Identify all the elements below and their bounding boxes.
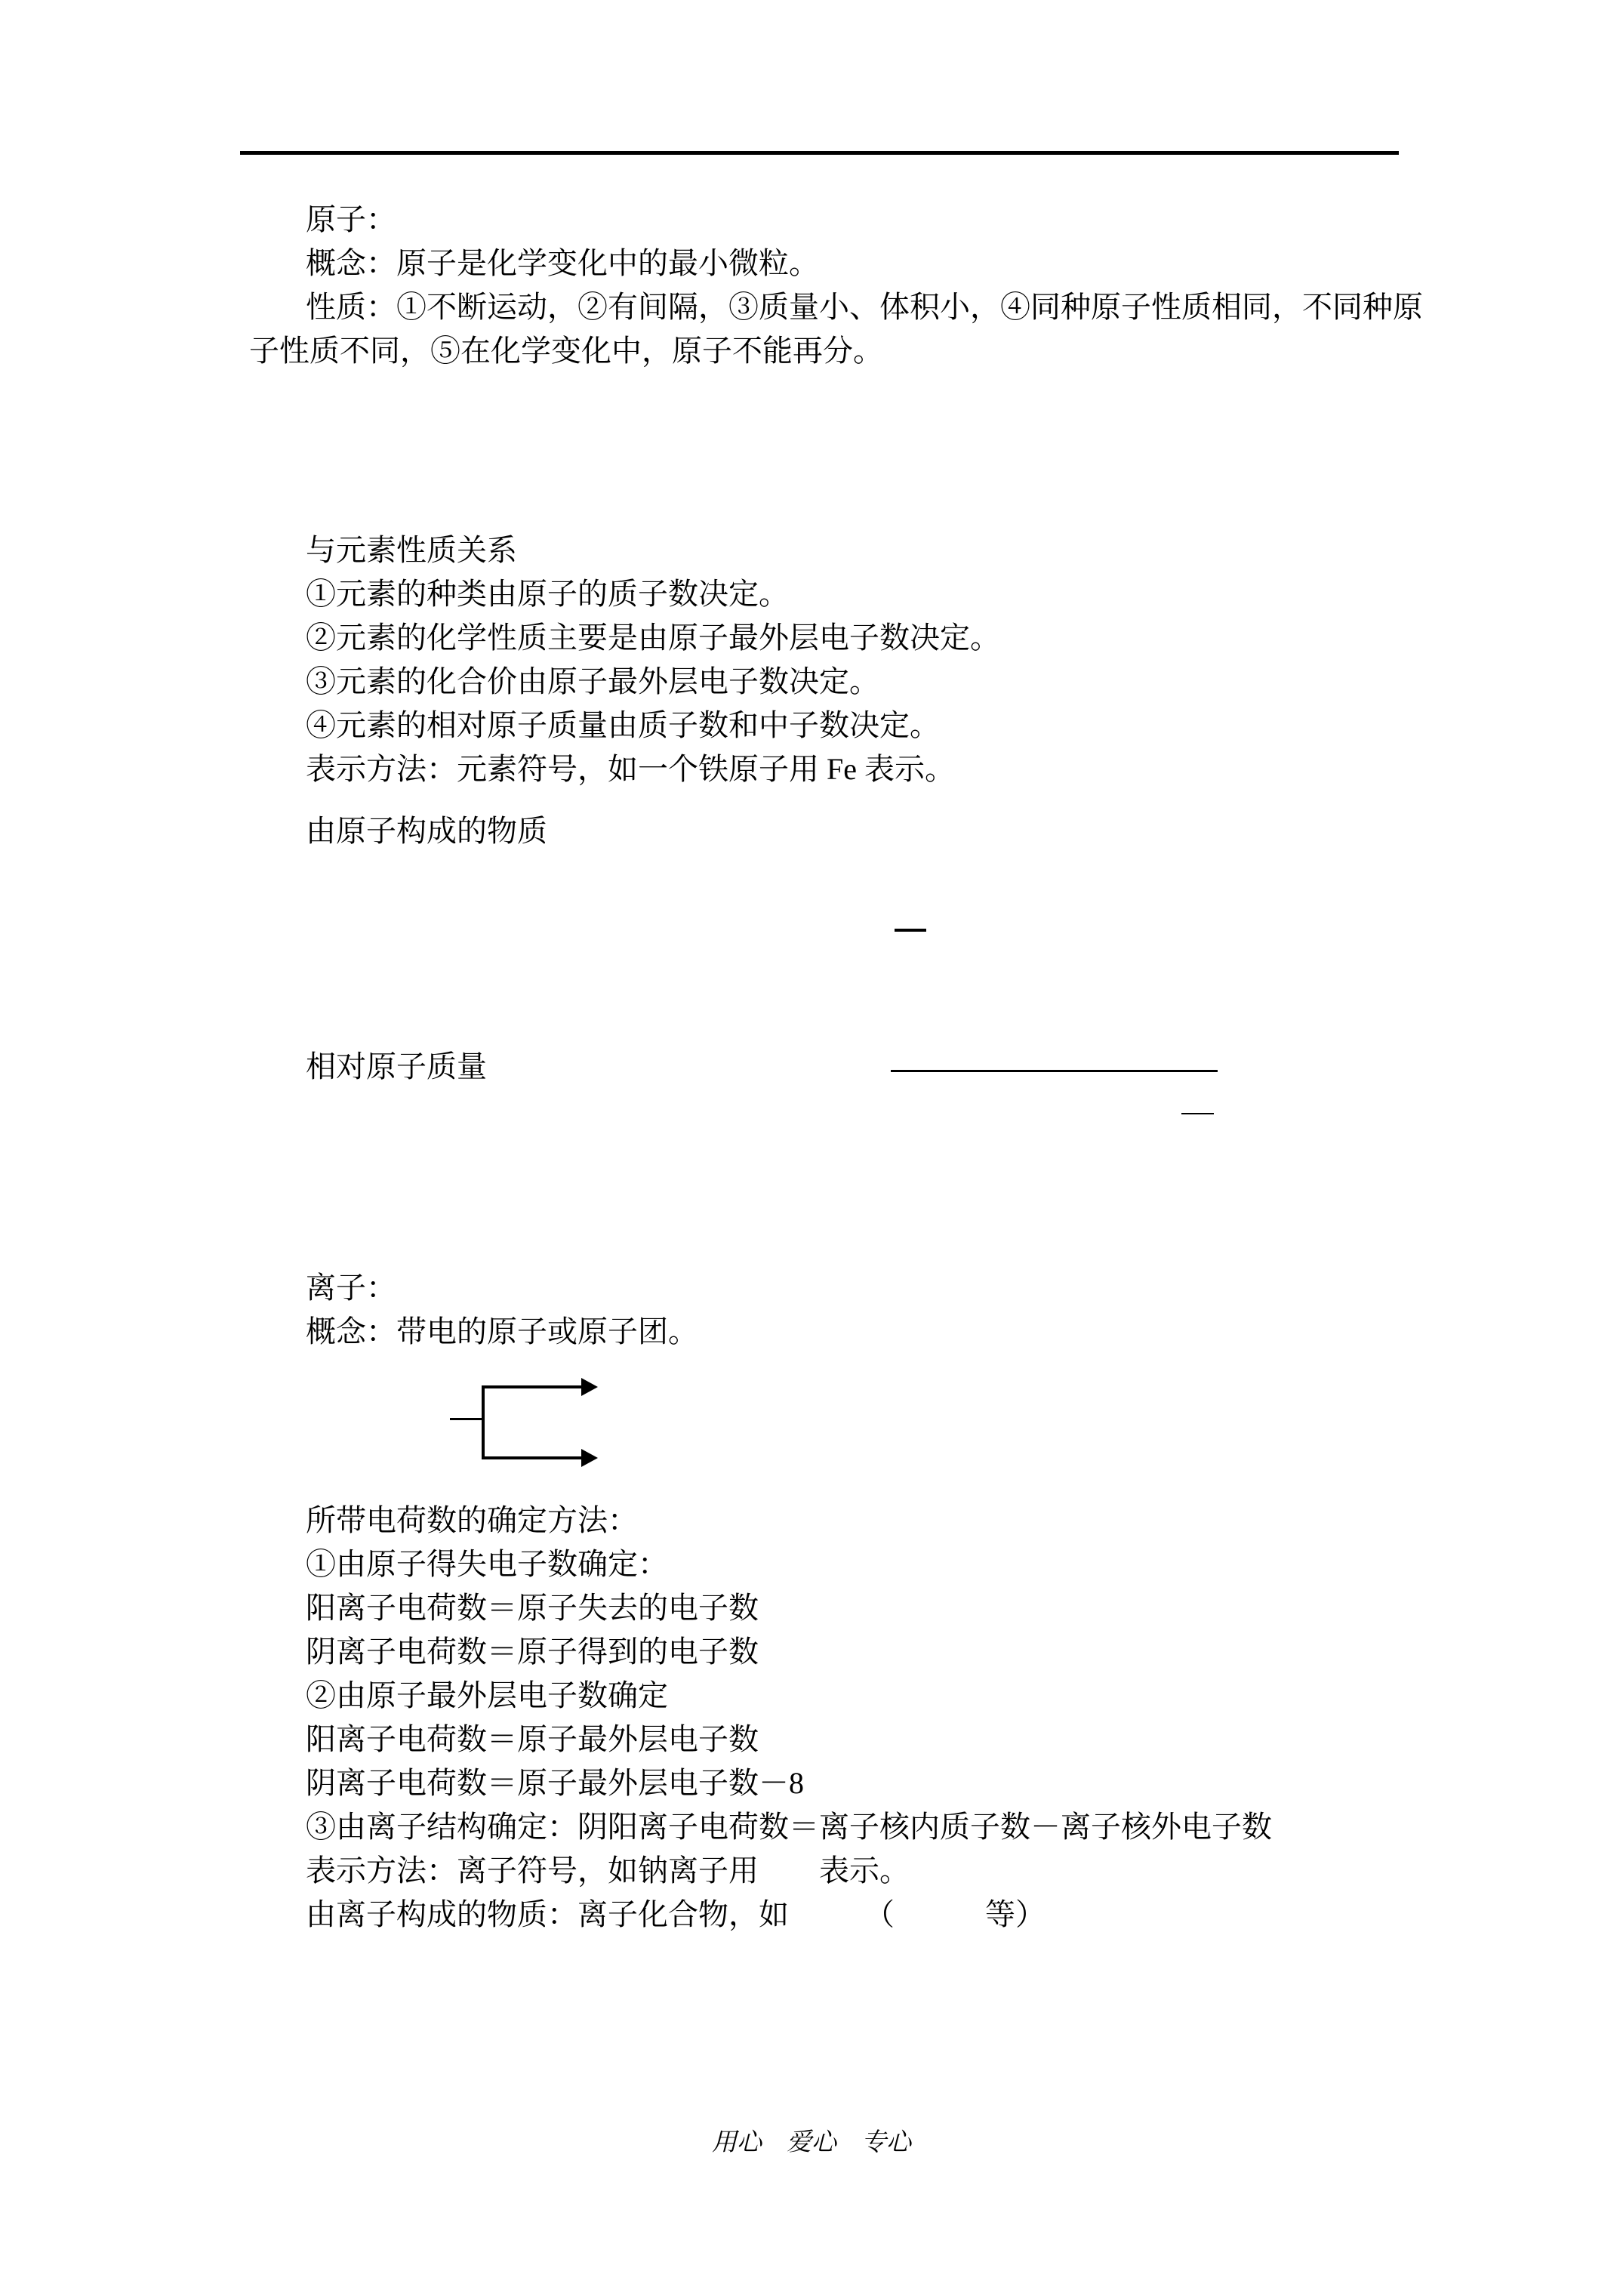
arrow-right-icon (581, 1449, 598, 1467)
doc-line: ①由原子得失电子数确定： (306, 1549, 668, 1580)
doc-line: 表示方法：离子符号，如钠离子用 表示。 (306, 1855, 910, 1887)
doc-line: 子性质不同，⑤在化学变化中，原子不能再分。 (249, 335, 883, 367)
doc-line: ②元素的化学性质主要是由原子最外层电子数决定。 (306, 622, 1000, 654)
bracket-top-branch-line (482, 1385, 583, 1388)
doc-line: ④元素的相对原子质量由质子数和中子数决定。 (306, 710, 940, 741)
doc-line: 概念：原子是化学变化中的最小微粒。 (306, 248, 819, 279)
fraction-bar (891, 1070, 1218, 1072)
page-footer: 用心 爱心 专心 (0, 2129, 1623, 2156)
bracket-bottom-branch-line (482, 1456, 583, 1459)
fraction-sub-bar (1181, 1113, 1214, 1114)
doc-line: 性质：①不断运动，②有间隔，③质量小、体积小，④同种原子性质相同，不同种原 (306, 291, 1423, 323)
doc-line: ②由原子最外层电子数确定 (306, 1680, 668, 1712)
header-rule (240, 151, 1399, 155)
doc-line: 所带电荷数的确定方法： (306, 1505, 638, 1536)
arrow-right-icon (581, 1378, 598, 1396)
doc-line: 概念：带电的原子或原子团。 (306, 1316, 698, 1348)
bracket-stem-line (450, 1418, 485, 1420)
doc-line: 阳离子电荷数＝原子失去的电子数 (306, 1592, 759, 1624)
formula-dash (895, 929, 926, 932)
doc-line: 由离子构成的物质：离子化合物，如 （ 等） (306, 1899, 1046, 1931)
doc-line: ③元素的化合价由原子最外层电子数决定。 (306, 666, 879, 698)
doc-line: 离子： (306, 1272, 396, 1304)
document-page: 原子： 概念：原子是化学变化中的最小微粒。 性质：①不断运动，②有间隔，③质量小… (0, 0, 1623, 2296)
doc-line: 由原子构成的物质 (306, 815, 547, 847)
doc-line: 与元素性质关系 (306, 535, 517, 566)
doc-line: ①元素的种类由原子的质子数决定。 (306, 578, 789, 610)
doc-line: ③由离子结构确定：阴阳离子电荷数＝离子核内质子数－离子核外电子数 (306, 1811, 1272, 1843)
doc-line: 阴离子电荷数＝原子最外层电子数－8 (306, 1767, 804, 1799)
doc-line: 原子： (306, 204, 396, 236)
bracket-vertical-line (482, 1385, 485, 1459)
doc-line: 表示方法：元素符号，如一个铁原子用 Fe 表示。 (306, 754, 955, 785)
doc-line: 阳离子电荷数＝原子最外层电子数 (306, 1724, 759, 1755)
doc-line: 阴离子电荷数＝原子得到的电子数 (306, 1636, 759, 1668)
doc-line: 相对原子质量 (306, 1051, 487, 1083)
